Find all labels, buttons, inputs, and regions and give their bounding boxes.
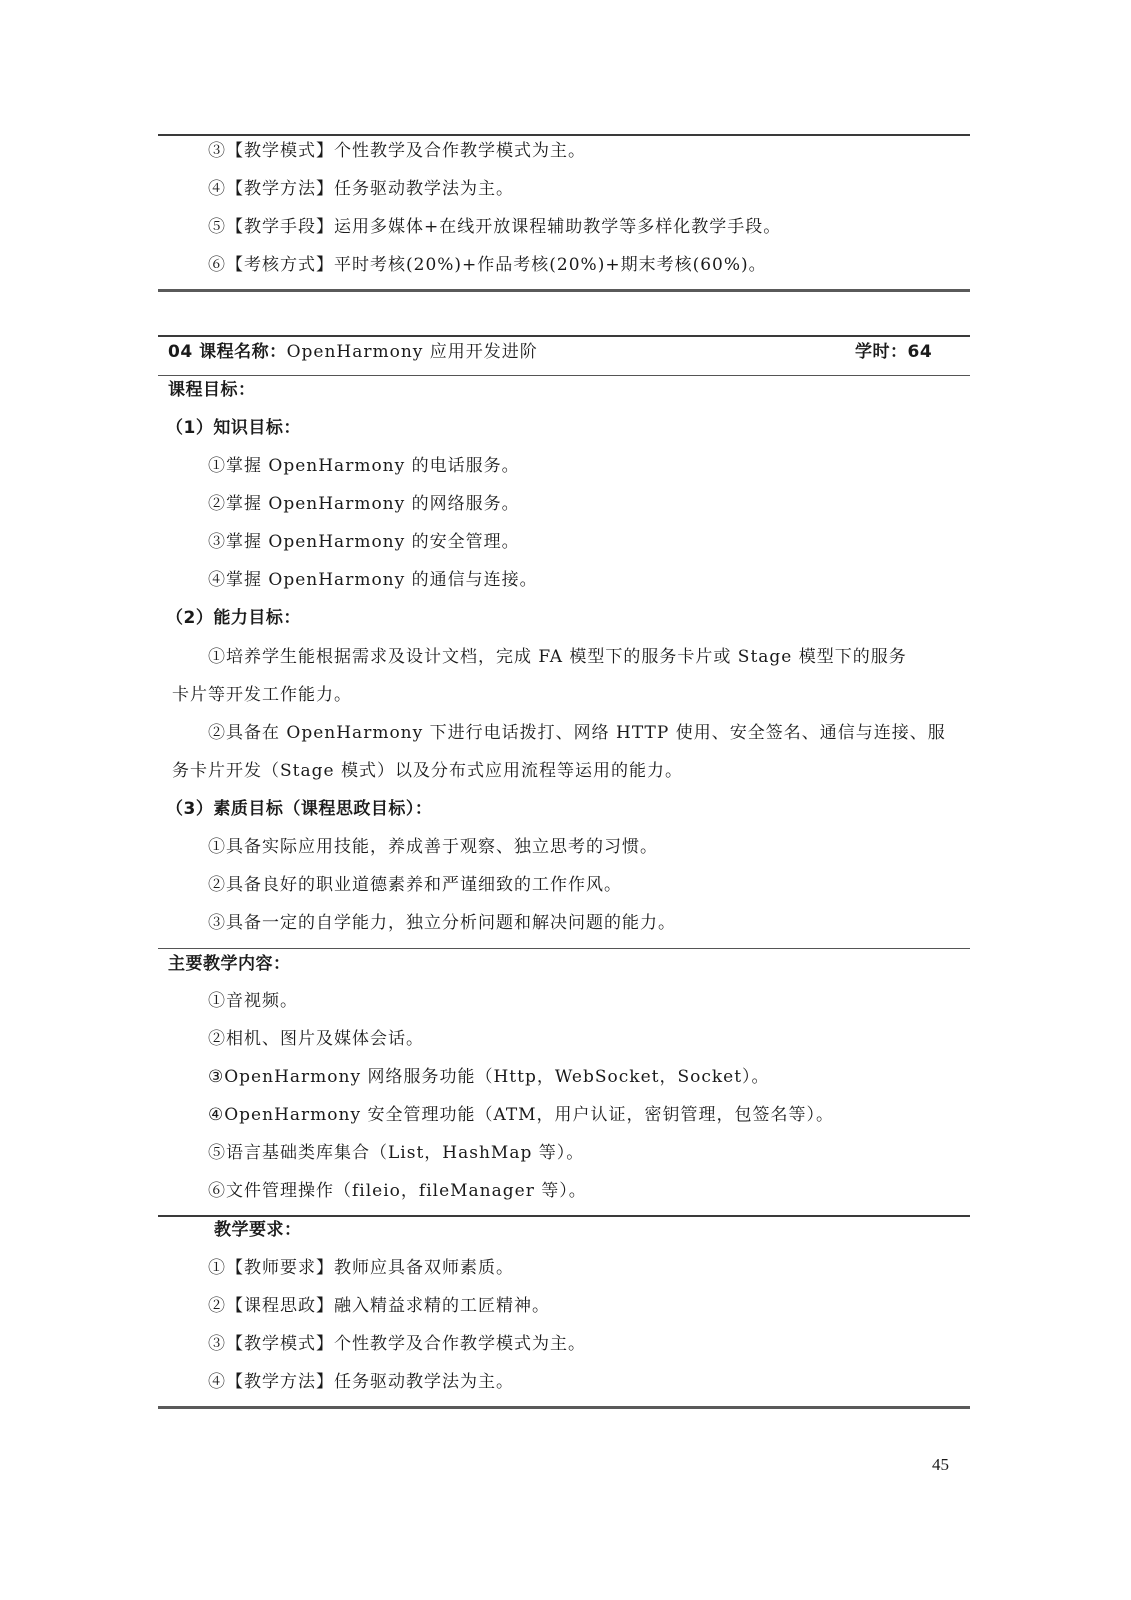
main-content-title: 主要教学内容： [168, 953, 291, 975]
knowledge-item: ①掌握 OpenHarmony 的电话服务。 [208, 455, 520, 477]
requirement-item: ④【教学方法】任务驱动教学法为主。 [208, 1371, 514, 1393]
content-item: ①音视频。 [208, 990, 298, 1012]
page-number: 45 [932, 1455, 949, 1475]
requirement-item: ③【教学模式】个性教学及合作教学模式为主。 [208, 1333, 586, 1355]
knowledge-item: ④掌握 OpenHarmony 的通信与连接。 [208, 569, 538, 591]
content-item: ⑥文件管理操作（fileio，fileManager 等）。 [208, 1180, 587, 1202]
prev-req-item: ④【教学方法】任务驱动教学法为主。 [208, 178, 514, 200]
quality-item: ②具备良好的职业道德素养和严谨细致的工作作风。 [208, 874, 622, 896]
ability-item-line: 卡片等开发工作能力。 [172, 684, 352, 706]
prev-req-item: ⑤【教学手段】运用多媒体+在线开放课程辅助教学等多样化教学手段。 [208, 216, 781, 238]
objectives-end-rule [158, 948, 970, 949]
course-name-label: 04 课程名称： [168, 342, 287, 362]
quality-title: （3）素质目标（课程思政目标）： [166, 798, 432, 820]
course-hours: 学时：64 [855, 341, 932, 363]
content-item: ②相机、图片及媒体会话。 [208, 1028, 424, 1050]
requirements-title: 教学要求： [214, 1219, 302, 1241]
prev-req-item: ⑥【考核方式】平时考核(20%)+作品考核(20%)+期末考核(60%)。 [208, 254, 767, 276]
knowledge-item: ②掌握 OpenHarmony 的网络服务。 [208, 493, 520, 515]
content-item: ③OpenHarmony 网络服务功能（Http，WebSocket，Socke… [208, 1066, 770, 1088]
course-title: 04 课程名称：OpenHarmony 应用开发进阶 [168, 341, 538, 363]
requirement-item: ①【教师要求】教师应具备双师素质。 [208, 1257, 514, 1279]
section-end-rule [158, 289, 970, 292]
requirement-item: ②【课程思政】融入精益求精的工匠精神。 [208, 1295, 550, 1317]
ability-title: （2）能力目标： [166, 607, 301, 629]
ability-item-line: ①培养学生能根据需求及设计文档，完成 FA 模型下的服务卡片或 Stage 模型… [208, 646, 907, 668]
content-end-rule [158, 1215, 970, 1217]
content-item: ⑤语言基础类库集合（List，HashMap 等）。 [208, 1142, 584, 1164]
content-item: ④OpenHarmony 安全管理功能（ATM，用户认证，密钥管理，包签名等）。 [208, 1104, 834, 1126]
knowledge-title: （1）知识目标： [166, 417, 301, 439]
knowledge-item: ③掌握 OpenHarmony 的安全管理。 [208, 531, 520, 553]
header-rule [158, 375, 970, 376]
objectives-title: 课程目标： [168, 379, 256, 401]
ability-item-line: ②具备在 OpenHarmony 下进行电话拨打、网络 HTTP 使用、安全签名… [208, 722, 946, 744]
top-rule [158, 134, 970, 136]
prev-req-item: ③【教学模式】个性教学及合作教学模式为主。 [208, 140, 586, 162]
bottom-rule [158, 1406, 970, 1409]
ability-item-line: 务卡片开发（Stage 模式）以及分布式应用流程等运用的能力。 [172, 760, 683, 782]
quality-item: ③具备一定的自学能力，独立分析问题和解决问题的能力。 [208, 912, 676, 934]
course-top-rule [158, 335, 970, 337]
course-name-value: OpenHarmony 应用开发进阶 [287, 342, 538, 362]
quality-item: ①具备实际应用技能，养成善于观察、独立思考的习惯。 [208, 836, 658, 858]
